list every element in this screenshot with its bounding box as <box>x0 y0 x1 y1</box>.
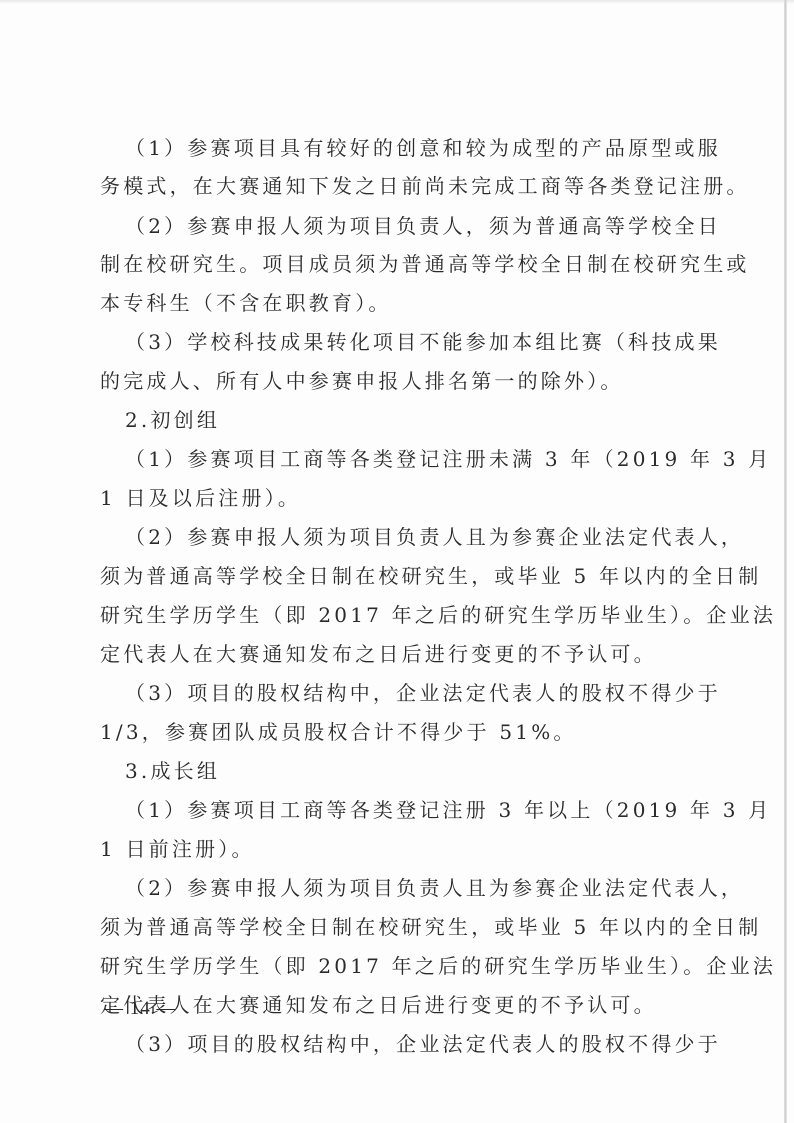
text-line: 定代表人在大赛通知发布之日后进行变更的不予认可。 <box>100 992 700 1018</box>
text-line: （3）学校科技成果转化项目不能参加本组比赛（科技成果 <box>125 329 700 355</box>
text-line: （2）参赛申报人须为项目负责人且为参赛企业法定代表人， <box>125 524 700 550</box>
text-line: 的完成人、所有人中参赛申报人排名第一的除外）。 <box>100 368 700 394</box>
text-line: 定代表人在大赛通知发布之日后进行变更的不予认可。 <box>100 641 700 667</box>
text-line: 须为普通高等学校全日制在校研究生，或毕业 5 年以内的全日制 <box>100 563 700 589</box>
text-line: 1 日及以后注册）。 <box>100 485 700 511</box>
text-line: 研究生学历学生（即 2017 年之后的研究生学历毕业生）。企业法 <box>100 602 700 628</box>
text-line: （2）参赛申报人须为项目负责人，须为普通高等学校全日 <box>125 213 700 239</box>
text-line: （3）项目的股权结构中，企业法定代表人的股权不得少于 <box>125 680 700 706</box>
text-line: 1/3，参赛团队成员股权合计不得少于 51%。 <box>100 719 700 745</box>
text-line: （1）参赛项目工商等各类登记注册未满 3 年（2019 年 3 月 <box>125 446 700 472</box>
text-line: 制在校研究生。项目成员须为普通高等学校全日制在校研究生或 <box>100 251 700 277</box>
section-heading: 3.成长组 <box>125 758 700 784</box>
scan-top-shadow <box>0 0 794 4</box>
text-line: （3）项目的股权结构中，企业法定代表人的股权不得少于 <box>125 1031 700 1057</box>
text-line: 1 日前注册）。 <box>100 836 700 862</box>
text-line: 务模式，在大赛通知下发之日前尚未完成工商等各类登记注册。 <box>100 173 700 199</box>
text-line: （1）参赛项目工商等各类登记注册 3 年以上（2019 年 3 月 <box>125 797 700 823</box>
scan-page-edge <box>784 0 787 1123</box>
text-line: （1）参赛项目具有较好的创意和较为成型的产品原型或服 <box>125 135 700 161</box>
text-line: 须为普通高等学校全日制在校研究生，或毕业 5 年以内的全日制 <box>100 914 700 940</box>
text-line: （2）参赛申报人须为项目负责人且为参赛企业法定代表人， <box>125 875 700 901</box>
text-line: 研究生学历学生（即 2017 年之后的研究生学历毕业生）。企业法 <box>100 953 700 979</box>
page-number: — 14 — <box>104 998 177 1020</box>
section-heading: 2.初创组 <box>125 407 700 433</box>
text-line: 本专科生（不含在职教育）。 <box>100 290 700 316</box>
